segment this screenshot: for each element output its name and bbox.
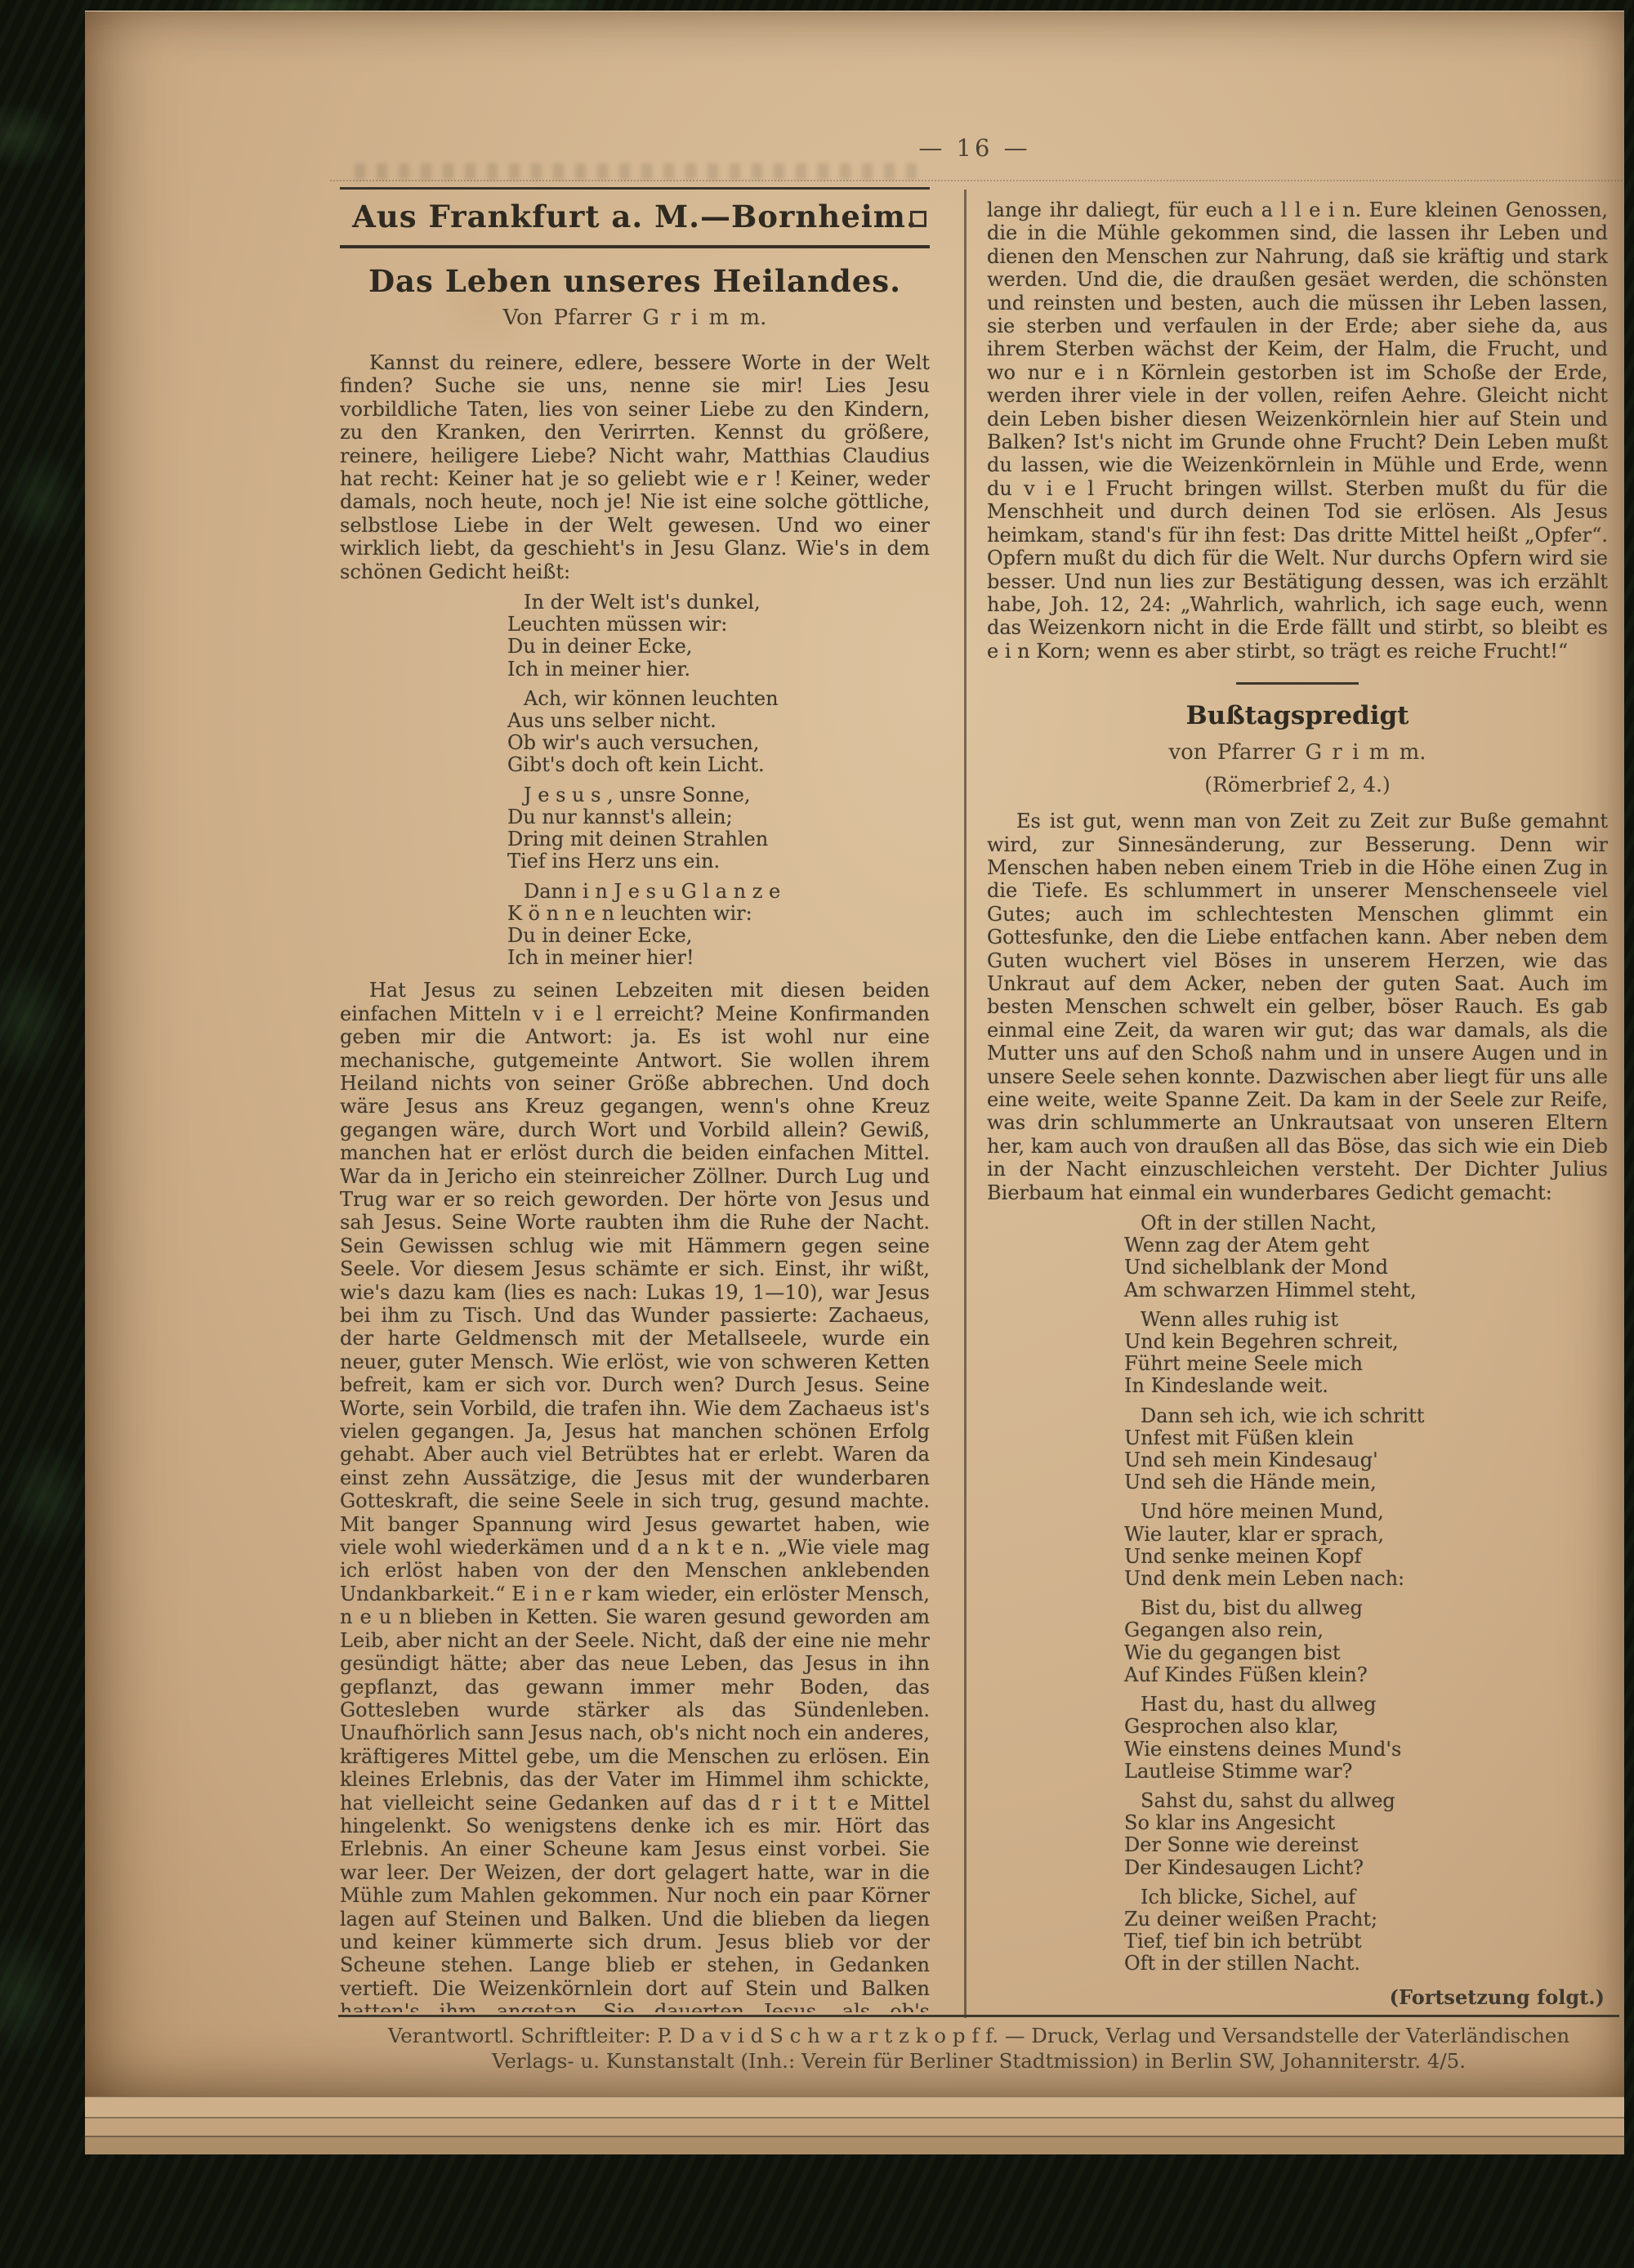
article-paragraph: Kannst du reinere, edlere, bessere Worte… [340,351,930,583]
sermon-scripture-reference: (Römerbrief 2, 4.) [987,773,1608,797]
poem-line: K ö n n e n leuchten wir: [507,903,930,925]
poem-block: In der Welt ist's dunkel,Leuchten müssen… [340,592,930,969]
poem-block: Oft in der stillen Nacht,Wenn zag der At… [987,1212,1608,1976]
page-stack-edge [85,2136,1624,2154]
poem-line: Bist du, bist du allweg [1124,1597,1608,1619]
poem-line: Dann i n J e s u G l a n z e [507,881,930,903]
masthead-bottom-rule [340,245,930,248]
column-divider-rule [964,190,967,2018]
poem-line: Unfest mit Füßen klein [1124,1427,1608,1449]
poem-line: Aus uns selber nicht. [507,710,930,732]
poem-line: So klar ins Angesicht [1124,1812,1608,1834]
poem-line: Gesprochen also klar, [1124,1716,1608,1738]
poem-stanza: Dann seh ich, wie ich schrittUnfest mit … [1124,1405,1608,1494]
section-separator-rule [1236,682,1359,685]
poem-stanza: Wenn alles ruhig istUnd kein Begehren sc… [1124,1309,1608,1398]
poem-line: Und seh mein Kindesaug' [1124,1449,1608,1471]
poem-line: Ob wir's auch versuchen, [507,732,930,754]
article-title: Das Leben unseres Heilandes. [340,263,930,299]
poem-line: Wenn zag der Atem geht [1124,1234,1608,1257]
poem-line: Du nur kannst's allein; [507,806,930,828]
poem-stanza: Ach, wir können leuchtenAus uns selber n… [507,688,930,777]
poem-line: Der Kindesaugen Licht? [1124,1857,1608,1879]
poem-stanza: Sahst du, sahst du allwegSo klar ins Ang… [1124,1790,1608,1879]
poem-line: Und seh die Hände mein, [1124,1471,1608,1493]
footer-rule [338,2015,1619,2017]
article-paragraph: Hat Jesus zu seinen Lebzeiten mit diesen… [340,979,930,2012]
top-hairline-rule [330,180,1623,181]
ink-bleed-artifact [355,163,918,180]
article-paragraph-continuation: lange ihr daliegt, für euch a l l e i n.… [987,199,1608,663]
section-header: Aus Frankfurt a. M.—Bornheim. [340,190,930,245]
poem-line: Und kein Begehren schreit, [1124,1331,1608,1353]
poem-line: Du in deiner Ecke, [507,925,930,947]
imprint-footer: Verantwortl. Schriftleiter: P. D a v i d… [338,2023,1619,2074]
poem-line: Oft in der stillen Nacht. [1124,1953,1608,1975]
poem-line: Und senke meinen Kopf [1124,1546,1608,1568]
poem-stanza: Oft in der stillen Nacht,Wenn zag der At… [1124,1212,1608,1301]
imprint-line: Verantwortl. Schriftleiter: P. D a v i d… [338,2023,1619,2048]
poem-line: Ich in meiner hier! [507,947,930,969]
poem-stanza: In der Welt ist's dunkel,Leuchten müssen… [507,592,930,681]
poem-line: Zu deiner weißen Pracht; [1124,1909,1608,1931]
page-stack-edge [85,2117,1624,2137]
poem-line: Wie lauter, klar er sprach, [1124,1524,1608,1546]
poem-line: Dann seh ich, wie ich schritt [1124,1405,1608,1427]
sermon-byline: von Pfarrer G r i m m. [987,740,1608,765]
poem-stanza: Ich blicke, Sichel, aufZu deiner weißen … [1124,1886,1608,1976]
section-header-label: Aus Frankfurt a. M.—Bornheim. [352,199,917,234]
open-square-icon [910,211,926,227]
poem-stanza: Hast du, hast du allwegGesprochen also k… [1124,1694,1608,1783]
poem-line: Gibt's doch oft kein Licht. [507,754,930,776]
poem-line: Der Sonne wie dereinst [1124,1834,1608,1856]
poem-line: Wenn alles ruhig ist [1124,1309,1608,1331]
article-byline: Von Pfarrer G r i m m. [340,306,930,330]
poem-line: Tief ins Herz uns ein. [507,850,930,873]
poem-line: Leuchten müssen wir: [507,614,930,636]
page-number: — 16 — [343,134,1606,162]
poem-line: Dring mit deinen Strahlen [507,828,930,850]
poem-line: Ach, wir können leuchten [507,688,930,710]
poem-line: In Kindeslande weit. [1124,1375,1608,1397]
continuation-note: (Fortsetzung folgt.) [987,1985,1608,2009]
poem-line: Und sichelblank der Mond [1124,1257,1608,1279]
poem-line: Hast du, hast du allweg [1124,1694,1608,1716]
left-column: Aus Frankfurt a. M.—Bornheim. Das Leben … [340,187,930,2012]
poem-line: Du in deiner Ecke, [507,636,930,658]
poem-line: Und höre meinen Mund, [1124,1501,1608,1523]
poem-line: Oft in der stillen Nacht, [1124,1212,1608,1234]
poem-line: Lautleise Stimme war? [1124,1761,1608,1783]
sermon-title: Bußtagspredigt [987,701,1608,730]
poem-line: Und denk mein Leben nach: [1124,1568,1608,1590]
poem-line: Wie einstens deines Mund's [1124,1739,1608,1761]
poem-line: Am schwarzen Himmel steht, [1124,1279,1608,1301]
poem-line: J e s u s , unsre Sonne, [507,784,930,806]
poem-stanza: Bist du, bist du allwegGegangen also rei… [1124,1597,1608,1686]
poem-stanza: Und höre meinen Mund,Wie lauter, klar er… [1124,1501,1608,1590]
poem-stanza: J e s u s , unsre Sonne,Du nur kannst's … [507,784,930,873]
poem-line: Wie du gegangen bist [1124,1642,1608,1664]
sermon-paragraph: Es ist gut, wenn man von Zeit zu Zeit zu… [987,810,1608,1204]
poem-line: Ich in meiner hier. [507,659,930,681]
poem-line: Auf Kindes Füßen klein? [1124,1664,1608,1686]
poem-line: In der Welt ist's dunkel, [507,592,930,614]
poem-stanza: Dann i n J e s u G l a n z eK ö n n e n … [507,881,930,970]
poem-line: Tief, tief bin ich betrübt [1124,1931,1608,1953]
right-column: lange ihr daliegt, für euch a l l e i n.… [987,187,1608,2012]
page-stack-edge [85,2096,1624,2118]
imprint-line: Verlags- u. Kunstanstalt (Inh.: Verein f… [338,2048,1619,2074]
newspaper-page: — 16 — Aus Frankfurt a. M.—Bornheim. Das… [85,11,1624,2096]
poem-line: Sahst du, sahst du allweg [1124,1790,1608,1812]
poem-line: Gegangen also rein, [1124,1619,1608,1641]
poem-line: Ich blicke, Sichel, auf [1124,1886,1608,1909]
poem-line: Führt meine Seele mich [1124,1353,1608,1375]
